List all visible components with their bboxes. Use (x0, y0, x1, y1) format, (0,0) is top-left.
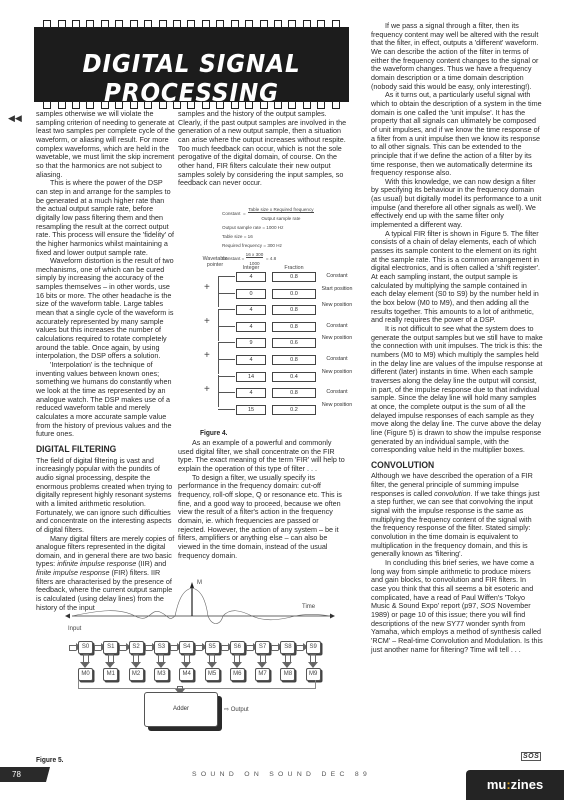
figure-4-caption: Figure 4. (200, 428, 228, 437)
delay-element-box: S4 (179, 641, 194, 654)
chip-pins-top (34, 20, 349, 28)
figure-4-row: 40.8Constant (200, 355, 360, 365)
page-number: 78 (0, 767, 50, 782)
paragraph: As an example of a powerful and commonly… (178, 439, 348, 474)
row-label: New position (317, 403, 357, 409)
integer-cell: 4 (236, 388, 266, 398)
page-title: DIGITAL SIGNAL PROCESSING (47, 49, 337, 107)
paragraph: Although we have described the operation… (371, 472, 543, 559)
delay-element-box: S1 (103, 641, 118, 654)
end-mark-icon: SOS (521, 752, 541, 761)
paragraph: This is where the power of the DSP can s… (36, 179, 176, 257)
paragraph: Waveform distortion is the result of two… (36, 257, 176, 361)
delay-element-box: S3 (154, 641, 169, 654)
section-heading-convolution: CONVOLUTION (371, 462, 526, 471)
figure-4-row: 150.2New position (200, 405, 360, 415)
row-label: New position (317, 303, 357, 309)
figure-4-row: 40.8Constant (200, 322, 360, 332)
paragraph: With this knowledge, we can now design a… (371, 178, 543, 230)
integer-cell: 4 (236, 322, 266, 332)
figure-4-row: 40.8Constant (200, 272, 360, 282)
paragraph: A typical FIR filter is shown in Figure … (371, 230, 543, 325)
paragraph: It is not difficult to see what the syst… (371, 325, 543, 455)
header-fraction: Fraction (274, 265, 314, 271)
delay-element-box: S2 (129, 641, 144, 654)
row-label: Constant (317, 357, 357, 363)
paragraph: The field of digital filtering is vast a… (36, 457, 176, 535)
fraction-cell: 0.8 (272, 322, 316, 332)
figure-4-row: 40.8Constant (200, 388, 360, 398)
column-3: If we pass a signal through a filter, th… (371, 22, 543, 654)
row-label: New position (317, 370, 357, 376)
fraction-cell: 0.0 (272, 289, 316, 299)
paragraph: samples and the history of the output sa… (178, 110, 348, 188)
delay-element-box: S8 (280, 641, 295, 654)
plus-sign: + (204, 350, 210, 361)
fraction-cell: 0.4 (272, 372, 316, 382)
fraction-cell: 0.8 (272, 305, 316, 315)
fraction-cell: 0.8 (272, 388, 316, 398)
row-label: New position (317, 336, 357, 342)
adder-block: Adder (144, 692, 218, 727)
delay-element-box: S0 (78, 641, 93, 654)
figure-4-row: 40.8New position (200, 305, 360, 315)
plus-sign: + (204, 282, 210, 293)
paragraph: If we pass a signal through a filter, th… (371, 22, 543, 91)
output-label: ⇨ Output (224, 706, 249, 713)
column-2-bottom: As an example of a powerful and commonly… (178, 439, 348, 560)
figure-4-row: 00.0Start position (200, 289, 360, 299)
fraction-cell: 0.8 (272, 272, 316, 282)
paragraph: 'Interpolation' is the technique of inve… (36, 361, 176, 439)
integer-cell: 15 (236, 405, 266, 415)
magazine-footer: SOUND ON SOUND DEC 89 (192, 771, 371, 778)
fraction-cell: 0.2 (272, 405, 316, 415)
impulse-response-curve (60, 582, 335, 642)
integer-cell: 14 (236, 372, 266, 382)
continued-arrow-icon: ◀◀ (8, 113, 22, 124)
figure-4-wavetable-diagram: Wavetable pointer Integer Fraction 40.8C… (200, 262, 360, 432)
header-integer: Integer (236, 265, 266, 271)
integer-cell: 0 (236, 289, 266, 299)
paragraph: In concluding this brief series, we have… (371, 559, 543, 654)
fraction-cell: 0.6 (272, 338, 316, 348)
header-wavetable-pointer: Wavetable pointer (200, 256, 230, 268)
integer-cell: 4 (236, 272, 266, 282)
delay-element-box: S6 (230, 641, 245, 654)
section-heading-digital-filtering: DIGITAL FILTERING (36, 446, 162, 455)
row-label: Constant (317, 390, 357, 396)
integer-cell: 4 (236, 355, 266, 365)
integer-cell: 4 (236, 305, 266, 315)
row-label: Constant (317, 274, 357, 280)
delay-element-box: S5 (205, 641, 220, 654)
figure-5-fir-filter-diagram: M Time Input S0M0S1M1S2M2S3M3S4M4S5M5S6M… (60, 582, 335, 782)
row-label: Start position (317, 287, 357, 293)
axis-label-time: Time (302, 604, 315, 610)
input-label: Input (68, 626, 81, 632)
plus-sign: + (204, 384, 210, 395)
paragraph: As it turns out, a particularly useful s… (371, 91, 543, 178)
muzines-logo[interactable]: mu:zines (466, 770, 564, 800)
figure-4-row: 90.6New position (200, 338, 360, 348)
row-label: Constant (317, 324, 357, 330)
figure-4-row: 140.4New position (200, 372, 360, 382)
axis-label-m: M (197, 580, 202, 586)
figure-5-caption: Figure 5. (36, 755, 64, 764)
integer-cell: 9 (236, 338, 266, 348)
delay-element-box: S7 (255, 641, 270, 654)
plus-sign: + (204, 316, 210, 327)
chip-pins-bottom (34, 101, 349, 109)
column-1: samples otherwise we will violate the sa… (36, 110, 176, 612)
title-banner: DIGITAL SIGNAL PROCESSING (34, 27, 349, 102)
fraction-cell: 0.8 (272, 355, 316, 365)
delay-element-box: S9 (306, 641, 321, 654)
column-2-top: samples and the history of the output sa… (178, 110, 348, 188)
paragraph: samples otherwise we will violate the sa… (36, 110, 176, 179)
paragraph: To design a filter, we usually specify i… (178, 474, 348, 561)
figure-4-formula: Constant = Table size x Required frequen… (222, 205, 314, 268)
